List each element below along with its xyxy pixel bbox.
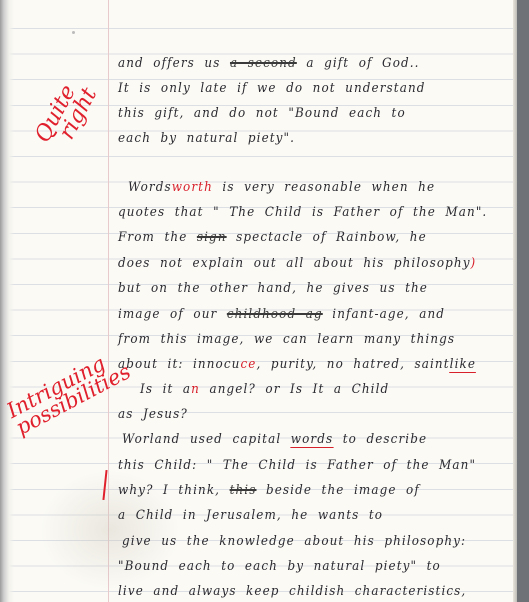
text-fragment: , purity, no hatred, saint <box>256 357 449 372</box>
text-line: Is it an angel? or Is It a Child <box>140 382 389 397</box>
text-fragment: is very reasonable when he <box>213 180 435 195</box>
text-fragment: Worland used capital <box>122 432 291 447</box>
text-line: Worland used capital words to describe <box>122 432 427 447</box>
struck-text: this <box>230 483 257 498</box>
text-line: a Child in Jerusalem, he wants to <box>118 508 383 523</box>
text-line: give us the knowledge about his philosop… <box>122 534 466 549</box>
paper-speck <box>72 31 75 34</box>
text-line: about it: innocuce, purity, no hatred, s… <box>118 357 476 372</box>
text-fragment: infant-age, and <box>323 307 445 322</box>
margin-annotation-quite-right: Quite right <box>33 76 100 155</box>
text-line: as Jesus? <box>118 407 188 422</box>
text-fragment: image of our <box>118 307 227 322</box>
text-line: does not explain out all about his philo… <box>118 256 476 271</box>
text-line: this gift, and do not "Bound each to <box>118 106 406 121</box>
text-line: It is only late if we do not understand <box>118 81 426 96</box>
text-fragment: a gift of God.. <box>297 56 420 71</box>
text-line: and offers us a second a gift of God.. <box>118 56 420 71</box>
text-line: why? I think, this beside the image of <box>118 483 420 498</box>
red-correction: ) <box>471 256 477 271</box>
text-line: each by natural piety". <box>118 131 295 146</box>
text-line: Wordsworth is very reasonable when he <box>128 180 435 195</box>
text-fragment: to describe <box>333 432 427 447</box>
struck-text: sign <box>197 230 227 245</box>
red-underlined-text: like <box>450 357 476 373</box>
text-fragment: and offers us <box>118 56 230 71</box>
text-fragment: spectacle of Rainbow, he <box>227 230 427 245</box>
red-correction: worth <box>172 180 213 195</box>
text-fragment: beside the image of <box>256 483 419 498</box>
red-correction: n <box>191 382 200 397</box>
struck-text: a second <box>230 56 297 71</box>
text-line: image of our childhood ag infant-age, an… <box>118 307 445 322</box>
text-fragment: why? I think, <box>118 483 230 498</box>
text-fragment: Is it a <box>140 382 191 397</box>
text-line: from this image, we can learn many thing… <box>118 332 455 347</box>
text-line: quotes that " The Child is Father of the… <box>118 205 487 220</box>
text-fragment: angel? or Is It a Child <box>200 382 389 397</box>
text-fragment: Words <box>128 180 172 195</box>
text-line: live and always keep childish characteri… <box>118 584 466 599</box>
notebook-page: and offers us a second a gift of God.. I… <box>0 0 517 602</box>
text-line: From the sign spectacle of Rainbow, he <box>118 230 427 245</box>
red-underlined-text: words <box>291 432 333 448</box>
page-edge <box>513 0 517 602</box>
text-line: but on the other hand, he gives us the <box>118 281 428 296</box>
margin-annotation-intriguing-possibilities: Intriguing possibilities <box>4 345 133 438</box>
text-fragment: From the <box>118 230 197 245</box>
struck-text: childhood ag <box>227 307 323 322</box>
text-fragment: about it: innocu <box>118 357 240 372</box>
text-fragment: does not explain out all about his philo… <box>118 256 471 271</box>
text-line: this Child: " The Child is Father of the… <box>118 458 476 473</box>
red-correction: ce <box>240 357 256 372</box>
text-line: "Bound each to each by natural piety" to <box>118 559 441 574</box>
